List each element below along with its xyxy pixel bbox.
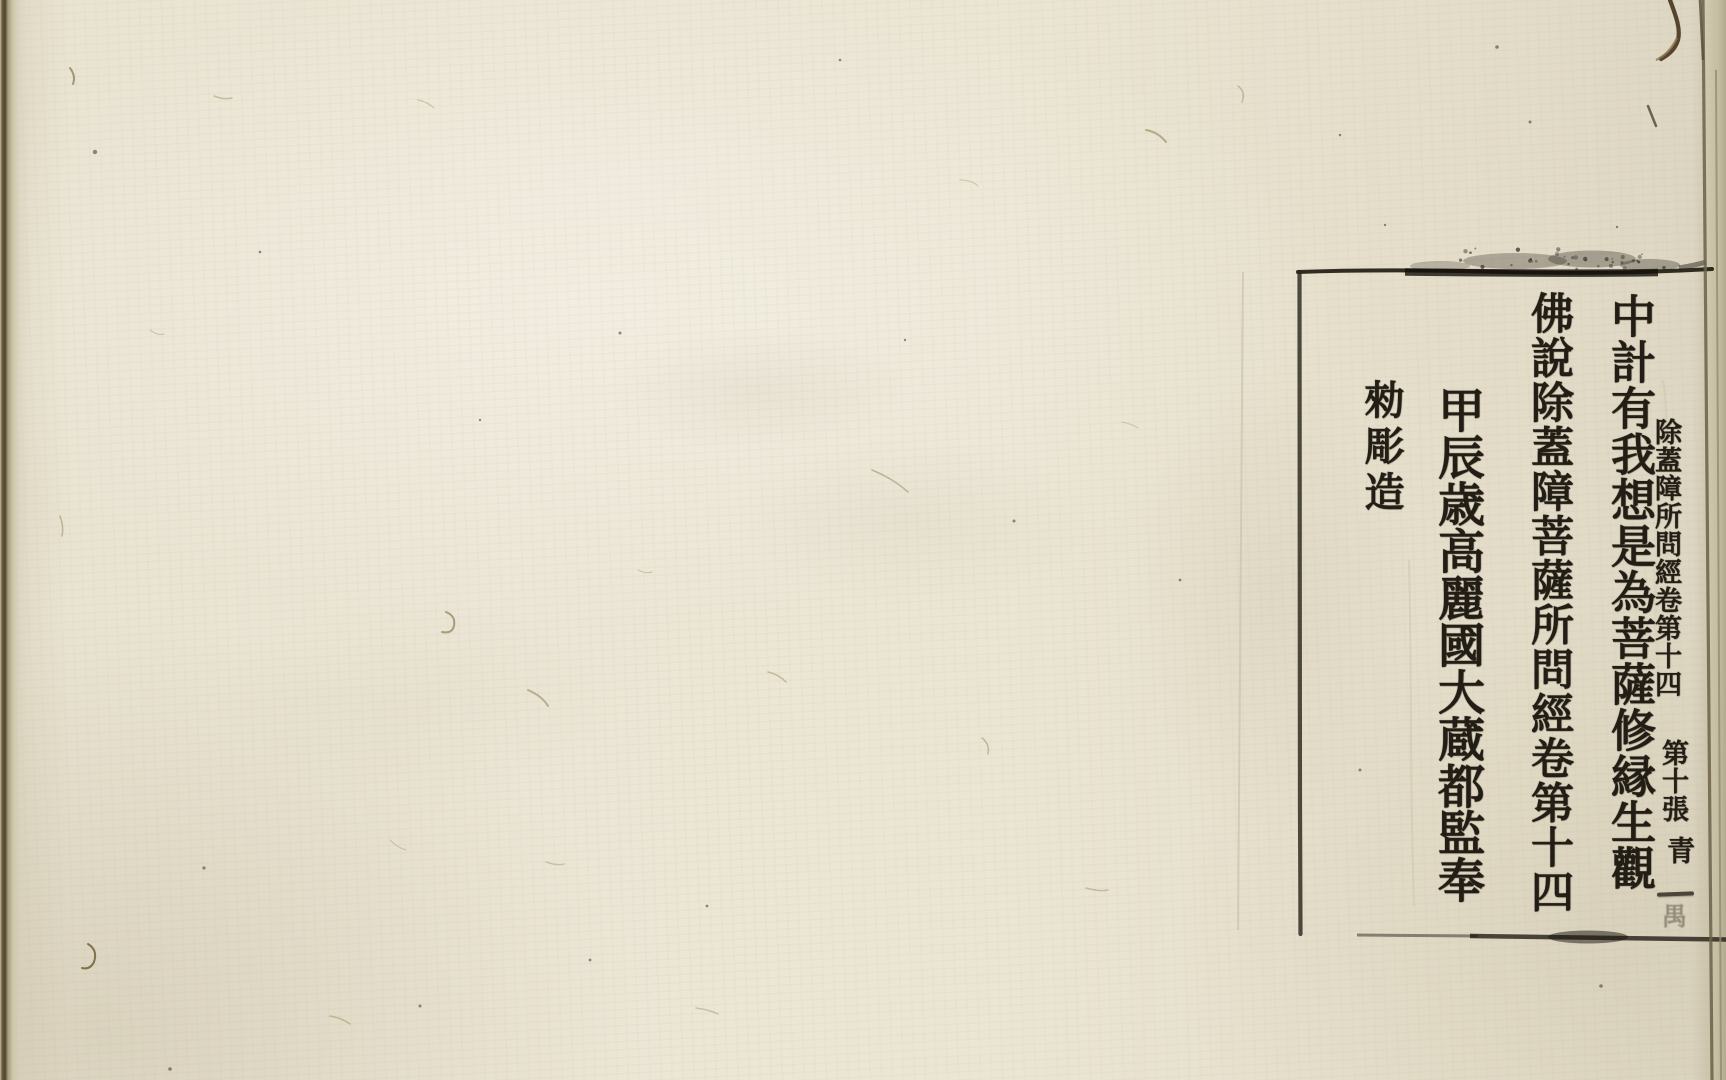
page-edge-line [1716, 70, 1721, 1080]
paper-crease [1238, 272, 1243, 930]
paper-crease [1409, 560, 1414, 906]
frame-left-border [1299, 272, 1300, 934]
stamp-glyph: 禺 [1662, 897, 1687, 933]
paper-fibers [60, 68, 1656, 1024]
stamp-top-bar [1657, 891, 1694, 896]
colophon-column: 甲辰歳高麗國大蔵都監奉 [1424, 386, 1491, 903]
case-mark-annotation: 青 [1659, 836, 1699, 864]
scanned-sutra-page: 中計有我想是為菩薩修縁生觀 除蓋障所問經卷第十四 佛說除蓋障菩薩所問經卷第十四 … [0, 0, 1726, 1080]
decree-column: 勑彫造 [1353, 379, 1410, 517]
faint-stamp: 禺 [1656, 892, 1696, 930]
sheet-number-annotation: 第十張 [1653, 739, 1692, 823]
page-edge-line [1703, 0, 1712, 1080]
end-title-column: 佛說除蓋障菩薩所問經卷第十四 [1519, 291, 1580, 914]
sheet-mark-annotation: 除蓋障所問經卷第十四 [1646, 418, 1685, 698]
frame-bottom-border [1357, 935, 1478, 936]
